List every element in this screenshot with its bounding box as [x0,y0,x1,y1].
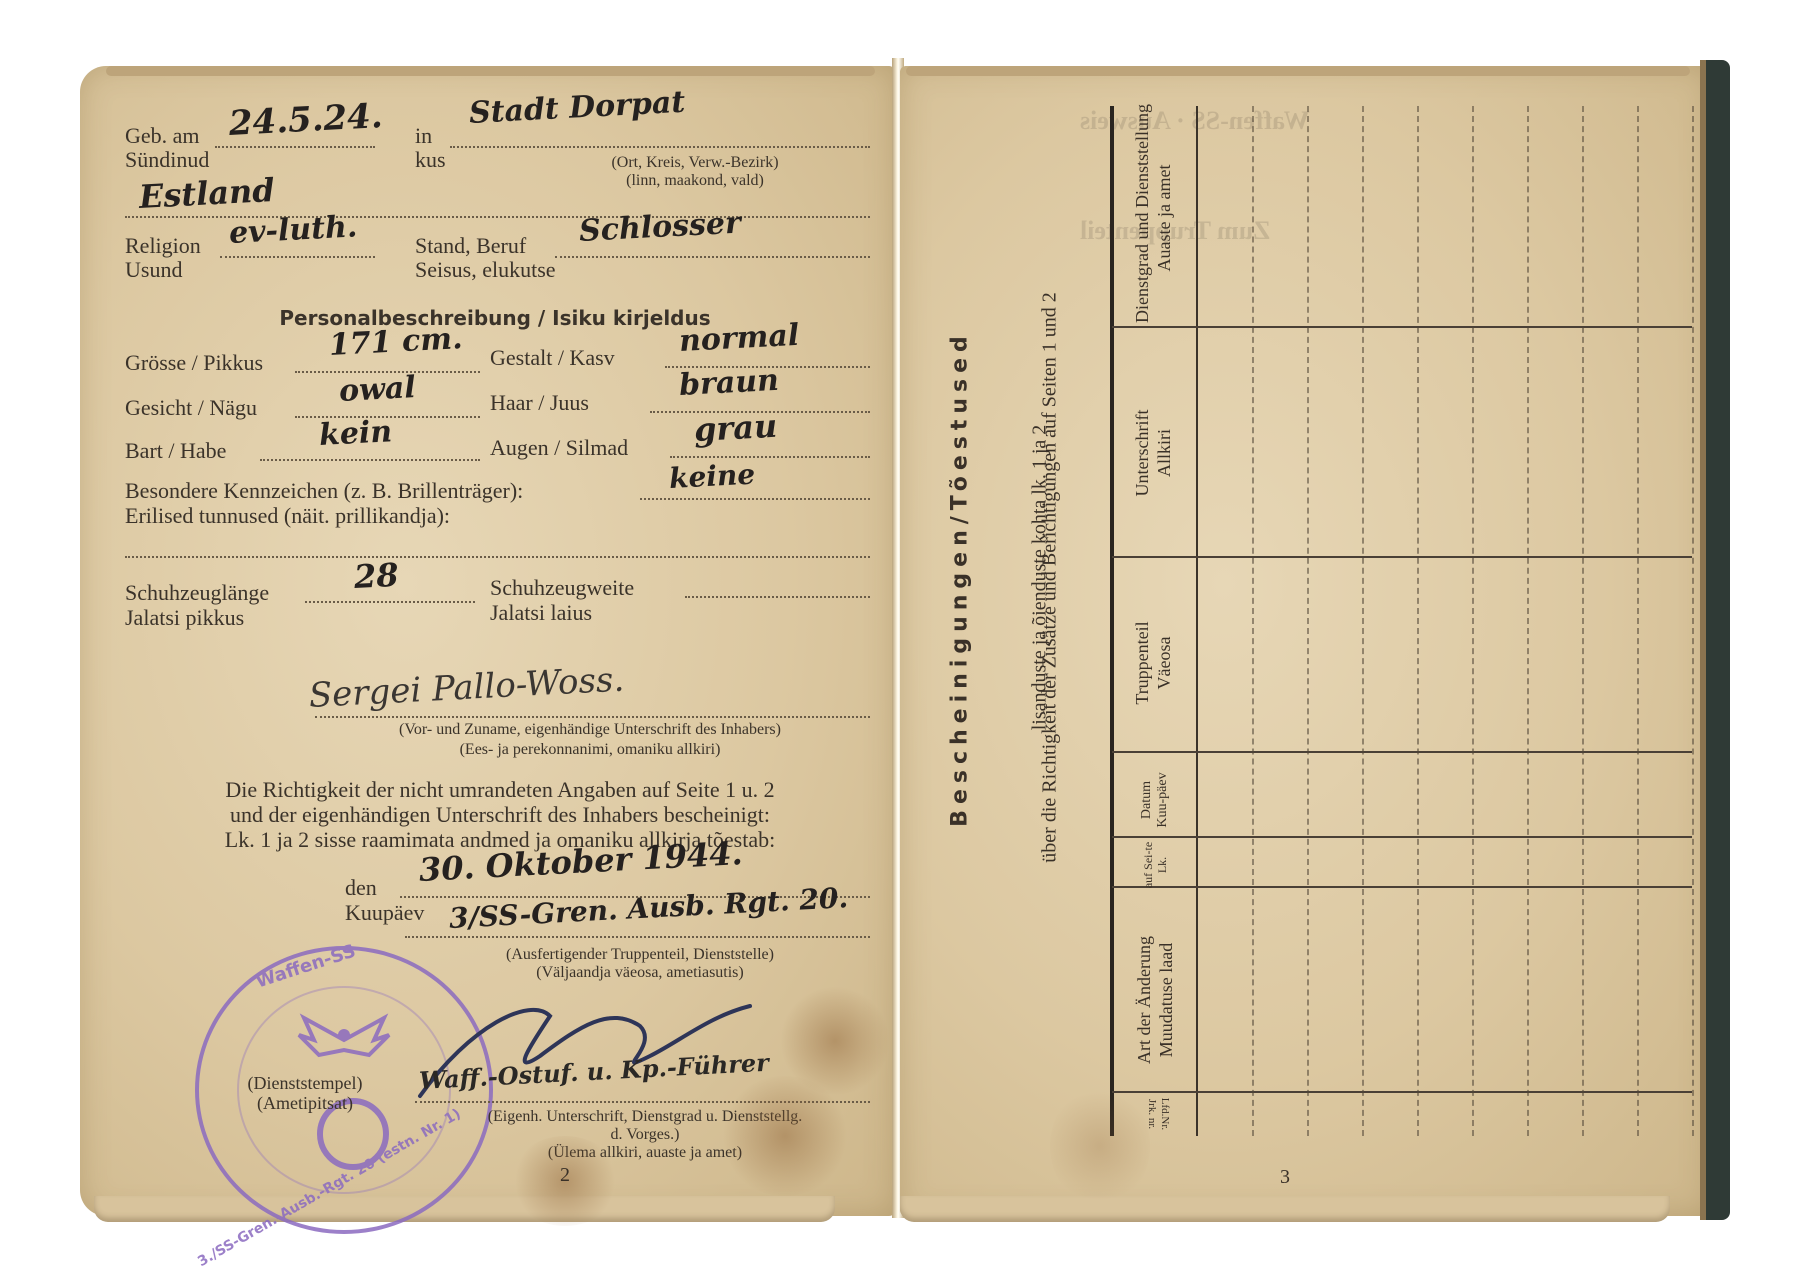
beard-value: kein [318,414,393,453]
birth-place-line [450,146,870,148]
birth-place-hint-et: (linn, maakond, vald) [530,172,860,190]
stamp-label-de: (Dienststempel) [195,1074,415,1092]
stain [780,986,890,1096]
birth-place-label-de: in [415,124,432,148]
row-divider [1112,556,1692,558]
certification-line2: und der eigenhändigen Unterschrift des I… [120,803,880,827]
beard-line [260,459,480,461]
bleed-through-text: Zum Truppenteil [1080,216,1270,246]
face-label: Gesicht / Nägu [125,396,257,420]
column-header-et: Auaste ja amet [1154,165,1174,272]
occupation-label-de: Stand, Beruf [415,234,526,258]
column-header-de: Datum [1139,781,1154,819]
birth-place-label-et: kus [415,148,446,172]
column-header-de: Dienstgrad und Dienststellung [1132,104,1152,323]
unit-hint-de: (Ausfertigender Truppenteil, Dienststell… [410,946,870,964]
beard-label: Bart / Habe [125,439,226,463]
page-number-left: 2 [560,1164,570,1187]
birth-place-hint-de: (Ort, Kreis, Verw.-Bezirk) [530,154,860,172]
occupation-label-et: Seisus, elukutse [415,258,556,282]
page-edge-top [106,66,875,76]
stamp-text-top: Waffen-SS [253,941,358,993]
religion-label-de: Religion [125,234,201,258]
height-label: Grösse / Pikkus [125,351,263,375]
column-header-et: Jrk. nr. [1146,1099,1158,1129]
entry-row-guide [1252,106,1254,1136]
marks-line [640,498,870,500]
shoe-length-value: 28 [353,556,399,596]
certifications-subtitle-et: lisanduste ja õienduste kohta lk. 1 ja 2 [1029,278,1052,878]
birth-label-de: Geb. am [125,124,200,148]
column-header-de: Art der Änderung [1134,936,1154,1064]
bleed-through-text: Waffen-SS · Ausweis [1080,106,1310,136]
occupation-value: Schlosser [578,206,741,249]
row-divider [1112,1091,1692,1093]
hair-label: Haar / Juus [490,391,589,415]
entry-row-guide [1362,106,1364,1136]
religion-value: ev-luth. [228,209,358,251]
column-header-page: auf Sei-te Lk. [1141,840,1169,890]
column-header-et: Lk. [1155,857,1169,873]
entry-row-guide [1472,106,1474,1136]
face-value: owal [338,370,416,409]
unit-line [405,936,870,938]
column-header-et: Allkiri [1154,429,1174,477]
shoe-width-label-et: Jalatsi laius [490,601,592,625]
entry-row-guide [1417,106,1419,1136]
column-header-signature: Unterschrift Allkiri [1131,353,1175,553]
column-header-date: Datum Kuu-päev [1139,760,1171,840]
religion-line [220,256,375,258]
row-divider [1112,751,1692,753]
hair-value: braun [678,363,780,403]
unit-value: 3/SS-Gren. Ausb. Rgt. 20. [448,881,849,935]
row-divider [1112,836,1692,838]
build-label: Gestalt / Kasv [490,346,615,370]
shoe-width-line [685,596,870,598]
page-edge-bottom [94,1196,835,1222]
marks-label-et: Erilised tunnused (näit. prillikandja): [125,504,450,528]
date-label-et: Kuupäev [345,901,424,925]
entry-row-guide [1692,106,1694,1136]
entry-row-guide [1582,106,1584,1136]
booklet-cover-edge [1700,60,1730,1220]
shoe-length-line [305,601,475,603]
column-header-de: Lfd.Nr. [1159,1098,1171,1130]
page-edge-top [906,66,1690,76]
certifications-title: Bescheinigungen/Tõestused [948,279,973,879]
table-left-border [1110,106,1114,1136]
holder-signature-hint-et: (Ees- ja perekonnanimi, omaniku allkiri) [310,741,870,759]
column-header-unit: Truppenteil Väeosa [1131,578,1175,748]
column-header-et: Väeosa [1154,637,1174,690]
height-value: 171 cm. [328,321,463,363]
birth-date-line [215,146,375,148]
occupation-line [555,256,870,258]
birth-date-value: 24.5.24. [228,96,384,144]
holder-signature-line [315,716,870,718]
certification-line1: Die Richtigkeit der nicht umrandeten Ang… [120,778,880,802]
birth-country-value: Estland [138,171,276,216]
column-header-de: Unterschrift [1132,410,1152,497]
row-divider [1112,326,1692,328]
holder-signature: Sergei Pallo-Woss. [308,660,625,716]
birth-label-et: Sündinud [125,148,209,172]
eagle-emblem-icon [294,1010,394,1080]
row-divider [1112,886,1692,888]
marks-line-2 [125,556,870,558]
marks-value: keine [668,458,756,495]
entry-row-guide [1637,106,1639,1136]
eyes-label: Augen / Silmad [490,436,628,460]
religion-label-et: Usund [125,258,182,282]
left-page: Geb. am Sündinud 24.5.24. in kus Stadt D… [80,66,895,1216]
column-header-de: Truppenteil [1132,621,1152,704]
eyes-value: grau [693,407,778,449]
page-number-right: 3 [1280,1166,1290,1189]
build-value: normal [678,318,800,359]
birth-place-value: Stadt Dorpat [468,85,686,131]
entry-row-guide [1527,106,1529,1136]
unit-hint-et: (Väljaandja väeosa, ametiasutis) [410,964,870,982]
column-header-change: Art der Änderung Muudatuse laad [1133,900,1177,1100]
table-header-border [1196,106,1198,1136]
stamp-label-et: (Ametipitsat) [195,1094,415,1112]
column-header-de: auf Sei-te [1141,842,1155,888]
stain [1050,1086,1150,1206]
marks-label-de: Besondere Kennzeichen (z. B. Brillenträg… [125,479,523,503]
shoe-length-label-de: Schuhzeuglänge [125,581,269,605]
entry-row-guide [1307,106,1309,1136]
id-booklet: Geb. am Sündinud 24.5.24. in kus Stadt D… [70,58,1750,1218]
shoe-width-label-de: Schuhzeugweite [490,576,634,600]
column-header-rank: Dienstgrad und Dienststellung Auaste ja … [1131,113,1175,323]
eyes-line [670,456,870,458]
page-edge-bottom [900,1196,1670,1222]
right-page: Waffen-SS · Ausweis Zum Truppenteil Besc… [900,66,1710,1216]
shoe-length-label-et: Jalatsi pikkus [125,606,244,630]
date-label-de: den [345,876,377,900]
column-header-et: Kuu-päev [1155,772,1170,827]
holder-signature-hint-de: (Vor- und Zuname, eigenhändige Unterschr… [310,721,870,739]
column-header-et: Muudatuse laad [1156,943,1176,1057]
